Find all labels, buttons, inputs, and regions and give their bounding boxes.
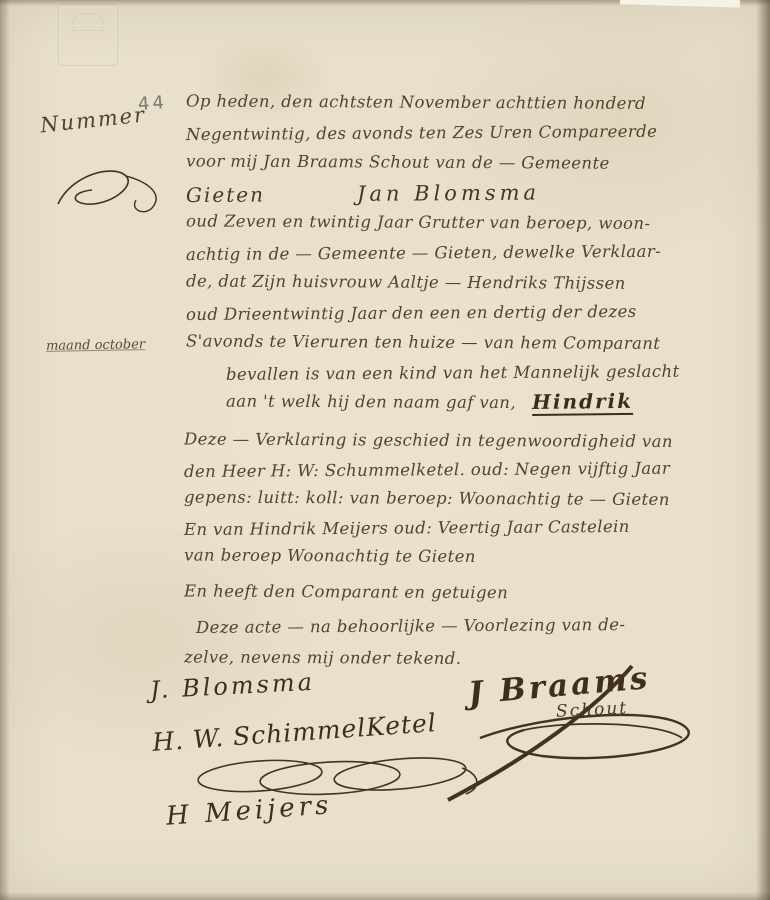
signature-flourish-braams bbox=[420, 660, 720, 805]
embossed-stamp bbox=[58, 4, 118, 66]
act-line: Op heden, den achtsten November achttien… bbox=[186, 86, 770, 119]
closing-line: Deze acte — na behoorlijke — Voorlezing … bbox=[196, 607, 769, 644]
witness-line: den Heer H: W: Schummelketel. oud: Negen… bbox=[184, 453, 769, 486]
signature-blomsma: J. Blomsma bbox=[149, 668, 315, 705]
act-line: voor mij Jan Braams Schout van de — Geme… bbox=[186, 146, 770, 179]
act-line: Negentwintig, des avonds ten Zes Uren Co… bbox=[186, 116, 770, 150]
margin-nummer-label: Nummer bbox=[39, 103, 147, 138]
act-line: achtig in de — Gemeente — Gieten, dewelk… bbox=[186, 236, 770, 270]
nummer-paraph-flourish bbox=[52, 160, 182, 220]
act-line: bevallen is van een kind van het Manneli… bbox=[226, 356, 770, 390]
witness-paragraph: Deze — Verklaring is geschied in tegenwo… bbox=[184, 426, 769, 571]
child-name-hindrik: Hindrik bbox=[532, 389, 633, 416]
closing-line: En heeft den Comparant en getuigen bbox=[184, 574, 769, 610]
margin-month-note: maand october bbox=[46, 337, 145, 354]
act-line: de, dat Zijn huisvrouw Aaltje — Hendriks… bbox=[186, 266, 770, 299]
act-line: S'avonds te Vieruren ten huize — van hem… bbox=[186, 326, 770, 359]
declarant-name: Jan Blomsma bbox=[357, 181, 540, 206]
municipality-word: Gieten bbox=[186, 182, 265, 207]
witness-line: gepens: luitt: koll: van beroep: Woonach… bbox=[184, 482, 769, 514]
scanned-birth-record-page: Nummer 44 maand october Op heden, den ac… bbox=[0, 0, 770, 900]
witness-line: van beroep Woonachtig te Gieten bbox=[184, 540, 769, 572]
act-line: oud Zeven en twintig Jaar Grutter van be… bbox=[186, 206, 770, 239]
scan-edge-bottom bbox=[0, 892, 770, 900]
act-line-place-and-declarant: GietenJan Blomsma bbox=[186, 176, 770, 210]
act-line: oud Drieentwintig Jaar den een en dertig… bbox=[186, 296, 770, 330]
scan-corner-notch bbox=[620, 0, 740, 8]
margin-pencil-number: 44 bbox=[137, 92, 167, 115]
child-name-prefix: aan 't welk hij den naam gaf van, bbox=[226, 392, 516, 413]
act-body-paragraph: Op heden, den achtsten November achttien… bbox=[186, 88, 770, 418]
scan-edge-left bbox=[0, 0, 10, 900]
act-line-child-name: aan 't welk hij den naam gaf van,Hindrik bbox=[226, 387, 770, 420]
witness-line: En van Hindrik Meijers oud: Veertig Jaar… bbox=[184, 511, 769, 544]
witness-line: Deze — Verklaring is geschied in tegenwo… bbox=[184, 424, 769, 456]
